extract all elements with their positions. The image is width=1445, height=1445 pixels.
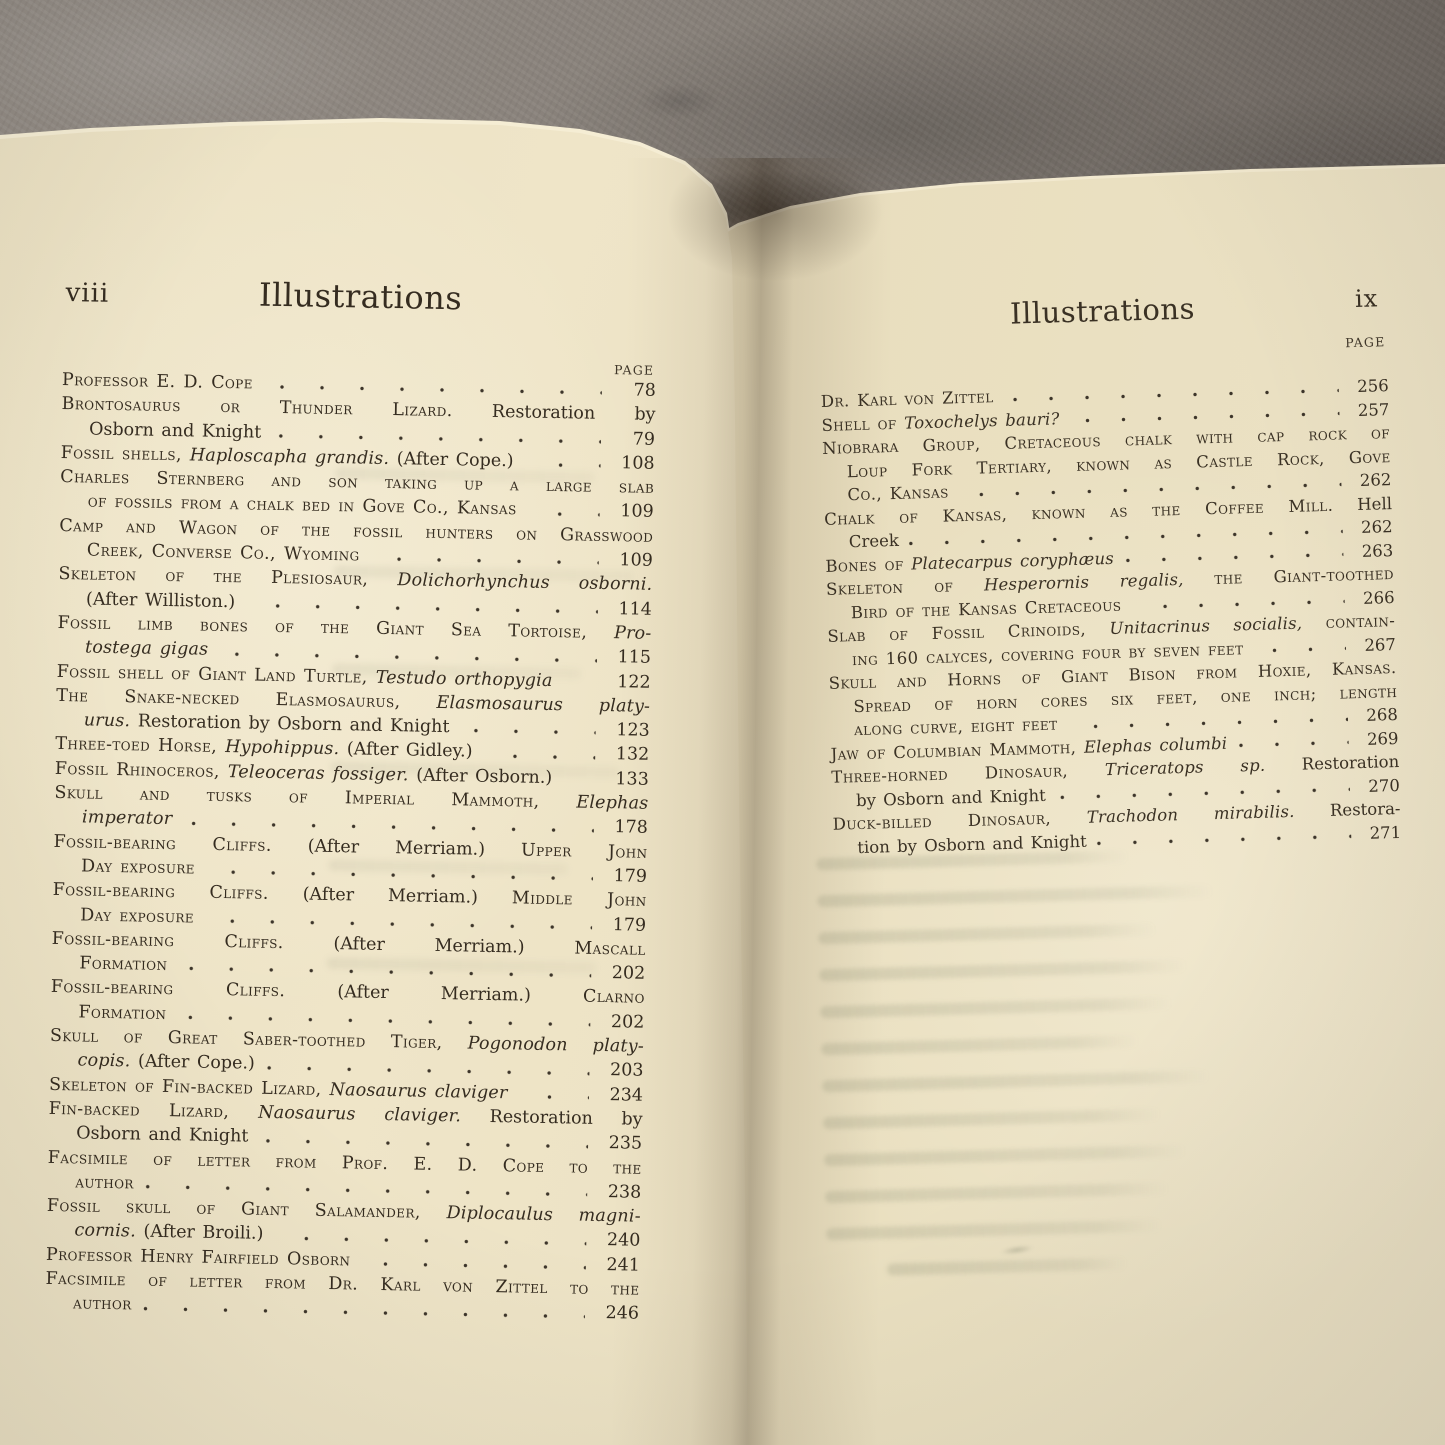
illustration-page-number: 240 xyxy=(592,1228,640,1253)
illustration-page-number: 179 xyxy=(598,912,646,937)
illustration-page-number: 123 xyxy=(601,718,649,743)
illustration-page-number: 246 xyxy=(591,1301,639,1326)
illustration-page-number: 109 xyxy=(605,499,653,524)
illustration-page-number: 262 xyxy=(1348,515,1393,540)
illustration-page-number: 270 xyxy=(1356,773,1401,798)
left-page-column-label: PAGE xyxy=(614,362,654,378)
illustration-page-number: 115 xyxy=(603,645,651,670)
toc-entry-text: Co., Kansas xyxy=(847,480,949,506)
toc-entry-text: Day exposure xyxy=(80,903,194,929)
dot-leader xyxy=(1237,728,1349,755)
illustration-page-number: 108 xyxy=(606,451,654,476)
toc-entry-text: (After Williston.) xyxy=(86,587,236,614)
toc-entry-text: Formation xyxy=(79,952,167,978)
illustration-page-number: 203 xyxy=(595,1058,643,1083)
toc-entry-text: copis. (After Cope.) xyxy=(77,1049,255,1077)
illustration-page-number: 122 xyxy=(602,670,650,695)
dot-leader xyxy=(526,498,599,524)
illustration-page-number: 263 xyxy=(1349,539,1394,564)
illustration-page-number: 133 xyxy=(601,767,649,792)
toc-entry-text: Day exposure xyxy=(81,854,195,880)
book-photo: viii Illustrations PAGE Professor E. D. … xyxy=(0,0,1445,1445)
illustration-page-number: 178 xyxy=(600,815,648,840)
illustration-page-number: 271 xyxy=(1357,820,1402,845)
illustration-page-number: 256 xyxy=(1344,374,1389,399)
dot-leader xyxy=(517,1081,589,1107)
toc-entry-text: tostega gigas xyxy=(85,636,209,663)
illustration-page-number: 269 xyxy=(1354,726,1399,751)
illustration-page-number: 262 xyxy=(1347,468,1392,493)
toc-entry-text: author xyxy=(75,1170,134,1195)
toc-entry-text: Formation xyxy=(78,1000,166,1026)
illustration-page-number: 109 xyxy=(605,548,653,573)
toc-entry-text: cornis. (After Broili.) xyxy=(74,1219,263,1247)
toc-entry-text: author xyxy=(73,1292,132,1317)
illustration-page-number: 238 xyxy=(593,1180,641,1205)
illustration-page-number: 202 xyxy=(597,961,645,986)
illustration-page-number: 241 xyxy=(592,1253,640,1278)
dot-leader xyxy=(562,669,596,694)
right-illustration-list: Dr. Karl von Zittel256Shell of Toxochely… xyxy=(821,374,1402,860)
dot-leader xyxy=(1253,634,1346,660)
illustration-page-number: 132 xyxy=(601,742,649,767)
illustration-page-number: 179 xyxy=(599,864,647,889)
right-folio: ix xyxy=(1355,284,1379,313)
toc-entry-text: Osborn and Knight xyxy=(76,1122,249,1149)
dot-leader xyxy=(523,449,600,475)
left-illustration-list: Professor E. D. Cope78Brontosaurus or Th… xyxy=(45,368,656,1326)
toc-entry-text: imperator xyxy=(82,806,173,832)
illustration-page-number: 235 xyxy=(594,1131,642,1156)
dot-leader xyxy=(459,715,596,742)
illustration-page-number: 266 xyxy=(1350,586,1395,611)
toc-entry-text: Creek xyxy=(848,529,899,554)
illustration-page-number: 257 xyxy=(1345,398,1390,423)
illustration-page-number: 114 xyxy=(604,597,652,622)
illustration-page-number: 202 xyxy=(596,1010,644,1035)
toc-entry-text: Professor E. D. Cope xyxy=(62,368,253,396)
illustration-page-number: 268 xyxy=(1354,703,1399,728)
illustration-page-number: 267 xyxy=(1352,633,1397,658)
dot-leader xyxy=(562,766,595,791)
toc-entry-text: Osborn and Knight xyxy=(89,417,262,444)
dot-leader xyxy=(482,740,595,766)
illustration-page-number: 234 xyxy=(595,1082,643,1107)
right-page-column-label: PAGE xyxy=(1345,334,1386,350)
illustration-page-number: 79 xyxy=(607,427,655,452)
illustration-page-number: 78 xyxy=(608,378,656,403)
